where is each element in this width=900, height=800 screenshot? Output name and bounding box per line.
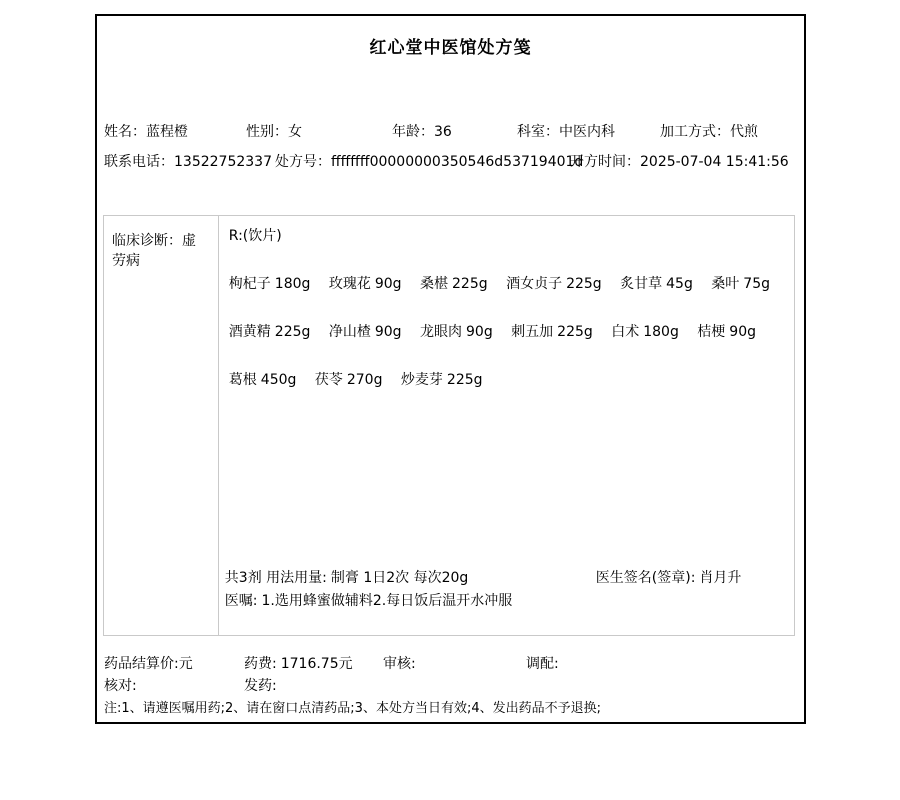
diagnosis-label: 临床诊断：: [112, 233, 182, 249]
herb-item: 炒麦芽225g: [401, 372, 483, 388]
usage-note: 注:1、请遵医嘱用药;2、请在窗口点清药品;3、本处方当日有效;4、发出药品不予…: [104, 697, 601, 716]
patient-age-value: 36: [434, 124, 452, 140]
patient-info-row-2: 联系电话：13522752337 处方号：ffffffff00000000350…: [97, 151, 804, 169]
review-field: 审核:: [383, 653, 420, 673]
medicine-fee-label: 药费:: [244, 656, 277, 672]
herb-name: 刺五加: [511, 324, 553, 340]
patient-info-row-1: 姓名：蓝程橙 性别：女 年龄：36 科室：中医内科 加工方式：代煎: [97, 121, 804, 139]
contact-phone-label: 联系电话：: [104, 154, 174, 170]
patient-name-value: 蓝程橙: [146, 124, 188, 140]
herb-item: 净山楂90g: [329, 324, 402, 340]
issue-time: 开方时间：2025-07-04 15:41:56: [570, 151, 789, 171]
herb-name: 桔梗: [697, 324, 725, 340]
herb-name: 炒麦芽: [401, 372, 443, 388]
herb-name: 桑叶: [711, 276, 739, 292]
herb-item: 白术180g: [611, 324, 679, 340]
contact-phone-value: 13522752337: [174, 154, 272, 170]
check-field: 核对:: [104, 675, 141, 695]
prescription-number-value: ffffffff00000000350546d53719401d: [331, 154, 583, 170]
prescription-number: 处方号：ffffffff00000000350546d53719401d: [275, 151, 583, 171]
herb-item: 葛根450g: [229, 372, 297, 388]
patient-age-label: 年龄：: [392, 124, 434, 140]
contact-phone: 联系电话：13522752337: [104, 151, 272, 171]
herb-qty: 90g: [375, 324, 402, 340]
herb-qty: 45g: [666, 276, 693, 292]
herb-name: 桑椹: [420, 276, 448, 292]
doctor-signature: 医生签名(签章):肖月升: [596, 567, 742, 590]
herb-item: 酒女贞子225g: [506, 276, 602, 292]
herb-name: 葛根: [229, 372, 257, 388]
rx-header: R:(饮片): [229, 228, 784, 245]
herb-item: 桑叶75g: [711, 276, 770, 292]
processing-method-value: 代煎: [730, 124, 758, 140]
dispense-field: 发药:: [244, 675, 281, 695]
rx-footer: 共3剂 用法用量:制膏 1日2次 每次20g 医生签名(签章):肖月升 医嘱:1…: [225, 567, 784, 613]
herb-name: 酒女贞子: [506, 276, 562, 292]
settle-price: 药品结算价:元: [104, 653, 193, 673]
prepare-field: 调配:: [526, 653, 563, 673]
doctor-signature-value: 肖月升: [699, 570, 741, 586]
check-label: 核对:: [104, 678, 137, 694]
herb-name: 茯苓: [315, 372, 343, 388]
patient-gender: 性别：女: [246, 121, 302, 141]
issue-time-label: 开方时间：: [570, 154, 640, 170]
herb-item: 枸杞子180g: [229, 276, 311, 292]
patient-gender-value: 女: [288, 124, 302, 140]
herb-name: 龙眼肉: [420, 324, 462, 340]
patient-gender-label: 性别：: [246, 124, 288, 140]
herb-name: 炙甘草: [620, 276, 662, 292]
medicine-fee-value: 1716.75元: [281, 656, 353, 672]
herb-item: 龙眼肉90g: [420, 324, 493, 340]
herb-name: 净山楂: [329, 324, 371, 340]
prescription-sheet: 红心堂中医馆处方笺 姓名：蓝程橙 性别：女 年龄：36 科室：中医内科 加工方式…: [95, 14, 806, 724]
page-title: 红心堂中医馆处方笺: [97, 33, 804, 58]
herb-qty: 450g: [261, 372, 297, 388]
usage-label: 共3剂 用法用量:: [225, 570, 327, 586]
herb-name: 酒黄精: [229, 324, 271, 340]
dispense-label: 发药:: [244, 678, 277, 694]
patient-department-label: 科室：: [517, 124, 559, 140]
processing-method-label: 加工方式：: [660, 124, 730, 140]
prescription-box: 临床诊断：虚劳病 R:(饮片) 枸杞子180g 玫瑰花90g 桑椹225g 酒女…: [103, 215, 795, 636]
herb-qty: 225g: [447, 372, 483, 388]
usage-line: 共3剂 用法用量:制膏 1日2次 每次20g 医生签名(签章):肖月升: [225, 567, 784, 590]
herb-qty: 90g: [375, 276, 402, 292]
herb-item: 茯苓270g: [315, 372, 383, 388]
herb-qty: 225g: [275, 324, 311, 340]
herb-line-1: 枸杞子180g 玫瑰花90g 桑椹225g 酒女贞子225g 炙甘草45g 桑叶…: [229, 276, 784, 293]
herb-item: 玫瑰花90g: [329, 276, 402, 292]
advice-label: 医嘱:: [225, 593, 258, 609]
settle-price-value: 元: [179, 656, 193, 672]
review-label: 审核:: [383, 656, 416, 672]
patient-name: 姓名：蓝程橙: [104, 121, 188, 141]
herb-qty: 90g: [729, 324, 756, 340]
herb-qty: 225g: [557, 324, 593, 340]
herb-item: 酒黄精225g: [229, 324, 311, 340]
herb-qty: 75g: [743, 276, 770, 292]
herb-qty: 225g: [566, 276, 602, 292]
doctor-signature-label: 医生签名(签章):: [596, 570, 696, 586]
usage-value: 制膏 1日2次 每次20g: [331, 570, 468, 586]
herb-name: 枸杞子: [229, 276, 271, 292]
herb-item: 刺五加225g: [511, 324, 593, 340]
patient-age: 年龄：36: [392, 121, 452, 141]
prescription-number-label: 处方号：: [275, 154, 331, 170]
herb-qty: 270g: [347, 372, 383, 388]
patient-department-value: 中医内科: [559, 124, 615, 140]
prepare-label: 调配:: [526, 656, 559, 672]
herb-line-3: 葛根450g 茯苓270g 炒麦芽225g: [229, 372, 784, 389]
settle-price-label: 药品结算价:: [104, 656, 179, 672]
herb-line-2: 酒黄精225g 净山楂90g 龙眼肉90g 刺五加225g 白术180g 桔梗9…: [229, 324, 784, 341]
patient-department: 科室：中医内科: [517, 121, 615, 141]
herb-qty: 90g: [466, 324, 493, 340]
herb-item: 桔梗90g: [697, 324, 756, 340]
herb-qty: 180g: [643, 324, 679, 340]
processing-method: 加工方式：代煎: [660, 121, 758, 141]
herb-item: 炙甘草45g: [620, 276, 693, 292]
herb-name: 白术: [611, 324, 639, 340]
usage-summary: 共3剂 用法用量:制膏 1日2次 每次20g: [225, 570, 469, 586]
medicine-fee: 药费:1716.75元: [244, 653, 353, 673]
advice-value: 1.选用蜂蜜做辅料2.每日饭后温开水冲服: [262, 593, 513, 609]
herb-item: 桑椹225g: [420, 276, 488, 292]
herb-qty: 225g: [452, 276, 488, 292]
diagnosis-cell: 临床诊断：虚劳病: [104, 216, 219, 635]
issue-time-value: 2025-07-04 15:41:56: [640, 154, 789, 170]
rx-cell: R:(饮片) 枸杞子180g 玫瑰花90g 桑椹225g 酒女贞子225g 炙甘…: [219, 216, 794, 635]
advice-line: 医嘱:1.选用蜂蜜做辅料2.每日饭后温开水冲服: [225, 590, 784, 613]
patient-name-label: 姓名：: [104, 124, 146, 140]
herb-qty: 180g: [275, 276, 311, 292]
herb-name: 玫瑰花: [329, 276, 371, 292]
